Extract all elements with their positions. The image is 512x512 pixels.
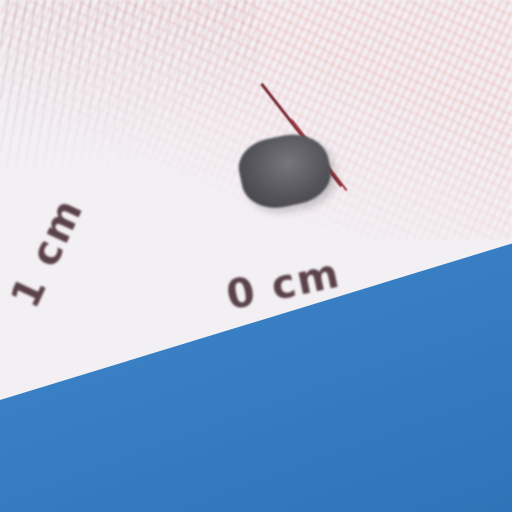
grey-markings bbox=[0, 0, 260, 170]
photo-scene: 0 cm 1 cm bbox=[0, 0, 512, 512]
